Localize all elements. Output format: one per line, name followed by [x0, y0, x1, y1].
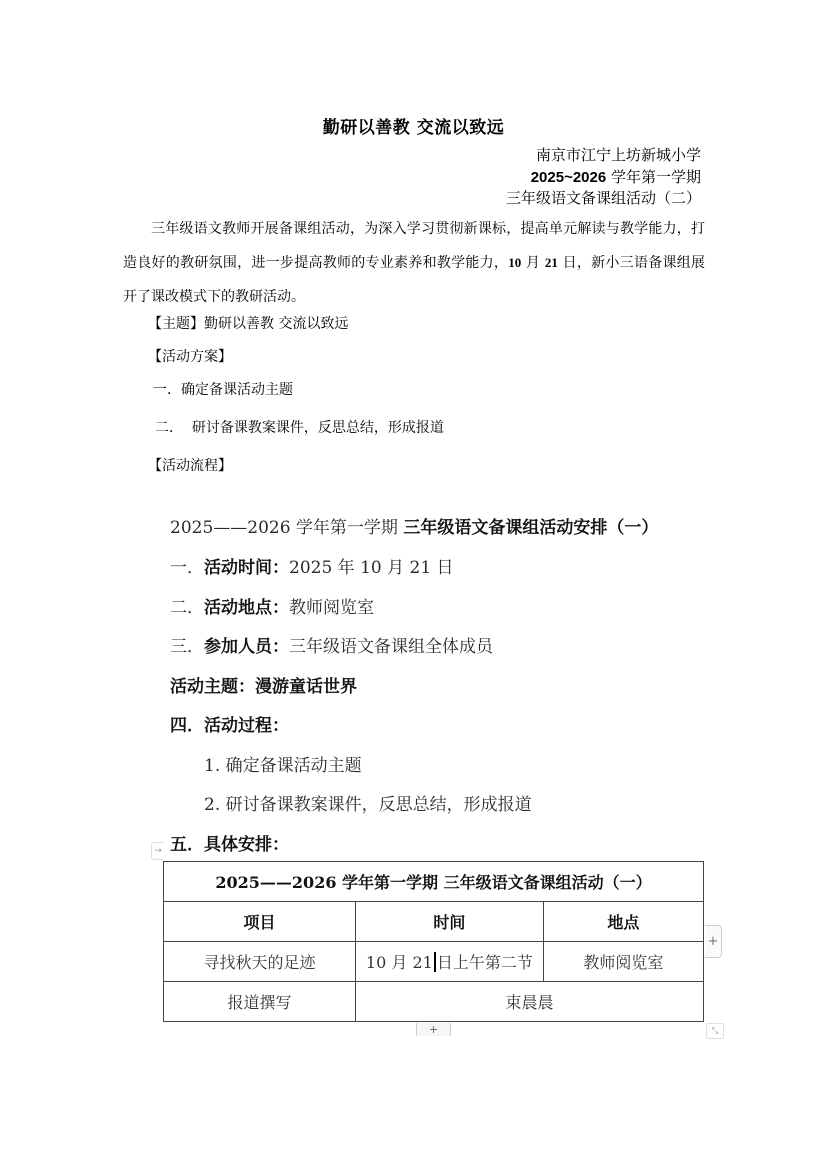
- item-label: 活动时间：: [204, 558, 289, 578]
- schedule-item-place: 二．活动地点：教师阅览室: [170, 593, 374, 618]
- schedule-step-1: 1. 确定备课活动主题: [204, 751, 362, 776]
- plan-item-1: 一．确定备课活动主题: [153, 379, 293, 399]
- schedule-image: 2025——2026 学年第一学期 三年级语文备课组活动安排（一） 一．活动时间…: [150, 500, 720, 850]
- theme-line: 【主题】勤研以善教 交流以致远: [148, 313, 348, 333]
- plus-icon: +: [708, 934, 719, 949]
- schedule-table: 2025——2026 学年第一学期 三年级语文备课组活动（一） 项目 时间 地点…: [163, 861, 704, 1022]
- schedule-item-time: 一．活动时间：2025 年 10 月 21 日: [170, 553, 454, 578]
- schedule-item-members: 三．参加人员：三年级语文备课组全体成员: [170, 632, 493, 657]
- item-num: 二．: [170, 598, 204, 618]
- schedule-step-2: 2. 研讨备课教案课件，反思总结，形成报道: [204, 790, 532, 815]
- schedule-arrangement-heading: 五．具体安排：: [170, 830, 289, 855]
- document-title-text: 勤研以善教 交流以致远: [323, 113, 504, 138]
- header-item[interactable]: 项目: [164, 902, 356, 942]
- schedule-title-bold: 三年级语文备课组活动安排（一）: [403, 518, 658, 538]
- theme-value: 漫游童话世界: [255, 677, 357, 697]
- cell-time[interactable]: 10 月 21日上午第二节: [355, 942, 543, 982]
- schedule-title: 2025——2026 学年第一学期 三年级语文备课组活动安排（一）: [170, 513, 658, 538]
- term-line: 2025~2026 学年第一学期: [531, 166, 701, 187]
- table-caption-row: 2025——2026 学年第一学期 三年级语文备课组活动（一）: [164, 862, 704, 902]
- add-row-button[interactable]: +: [416, 1023, 451, 1036]
- table-row-reporter: 报道撰写 束晨晨: [164, 982, 704, 1022]
- plus-icon: +: [429, 1023, 438, 1036]
- cell-time-after: 日上午第二节: [437, 953, 533, 972]
- schedule-theme: 活动主题：漫游童话世界: [170, 672, 357, 697]
- process-heading: 【活动流程】: [148, 455, 232, 475]
- arrangement-heading-text: 五．具体安排：: [170, 835, 289, 855]
- item-num: 一．: [170, 558, 204, 578]
- item-label: 参加人员：: [204, 637, 289, 657]
- header-time[interactable]: 时间: [355, 902, 543, 942]
- plan-item-2: 二． 研讨备课教案课件，反思总结，形成报道: [155, 417, 444, 437]
- term-label: 学年第一学期: [611, 168, 701, 186]
- intro-month: 10: [508, 255, 521, 270]
- add-column-button[interactable]: +: [705, 925, 722, 958]
- intro-month-label: 月: [526, 255, 540, 271]
- school-name: 南京市江宁上坊新城小学: [536, 144, 701, 165]
- cell-reporter-label[interactable]: 报道撰写: [164, 982, 356, 1022]
- item-value: 三年级语文备课组全体成员: [289, 637, 493, 657]
- theme-label: 活动主题：: [170, 677, 255, 697]
- activity-name: 三年级语文备课组活动（二）: [506, 187, 701, 208]
- text-caret: [434, 952, 436, 972]
- plan-heading: 【活动方案】: [148, 346, 232, 366]
- item-value: 教师阅览室: [289, 598, 374, 618]
- cell-reporter-value[interactable]: 束晨晨: [355, 982, 703, 1022]
- table-resize-handle[interactable]: ⤡: [706, 1023, 724, 1039]
- item-num: 三．: [170, 637, 204, 657]
- cell-item[interactable]: 寻找秋天的足迹: [164, 942, 356, 982]
- intro-day: 21: [545, 255, 558, 270]
- table-move-handle[interactable]: →: [151, 842, 164, 860]
- item-label: 活动地点：: [204, 598, 289, 618]
- schedule-process-heading: 四．活动过程：: [170, 711, 289, 736]
- cell-time-before: 10 月 21: [366, 953, 433, 972]
- intro-paragraph: 三年级语文教师开展备课组活动，为深入学习贯彻新课标，提高单元解读与教学能力，打造…: [123, 212, 705, 314]
- header-place[interactable]: 地点: [543, 902, 703, 942]
- schedule-title-light: 2025——2026 学年第一学期: [170, 518, 403, 538]
- item-value: 2025 年 10 月 21 日: [289, 558, 454, 578]
- table-row: 寻找秋天的足迹 10 月 21日上午第二节 教师阅览室: [164, 942, 704, 982]
- table-caption[interactable]: 2025——2026 学年第一学期 三年级语文备课组活动（一）: [164, 862, 704, 902]
- cell-place[interactable]: 教师阅览室: [543, 942, 703, 982]
- document-title: 勤研以善教 交流以致远: [0, 113, 827, 138]
- term-year: 2025~2026: [531, 169, 607, 186]
- process-heading-text: 四．活动过程：: [170, 716, 289, 736]
- resize-icon: ⤡: [712, 1026, 718, 1035]
- table-header-row: 项目 时间 地点: [164, 902, 704, 942]
